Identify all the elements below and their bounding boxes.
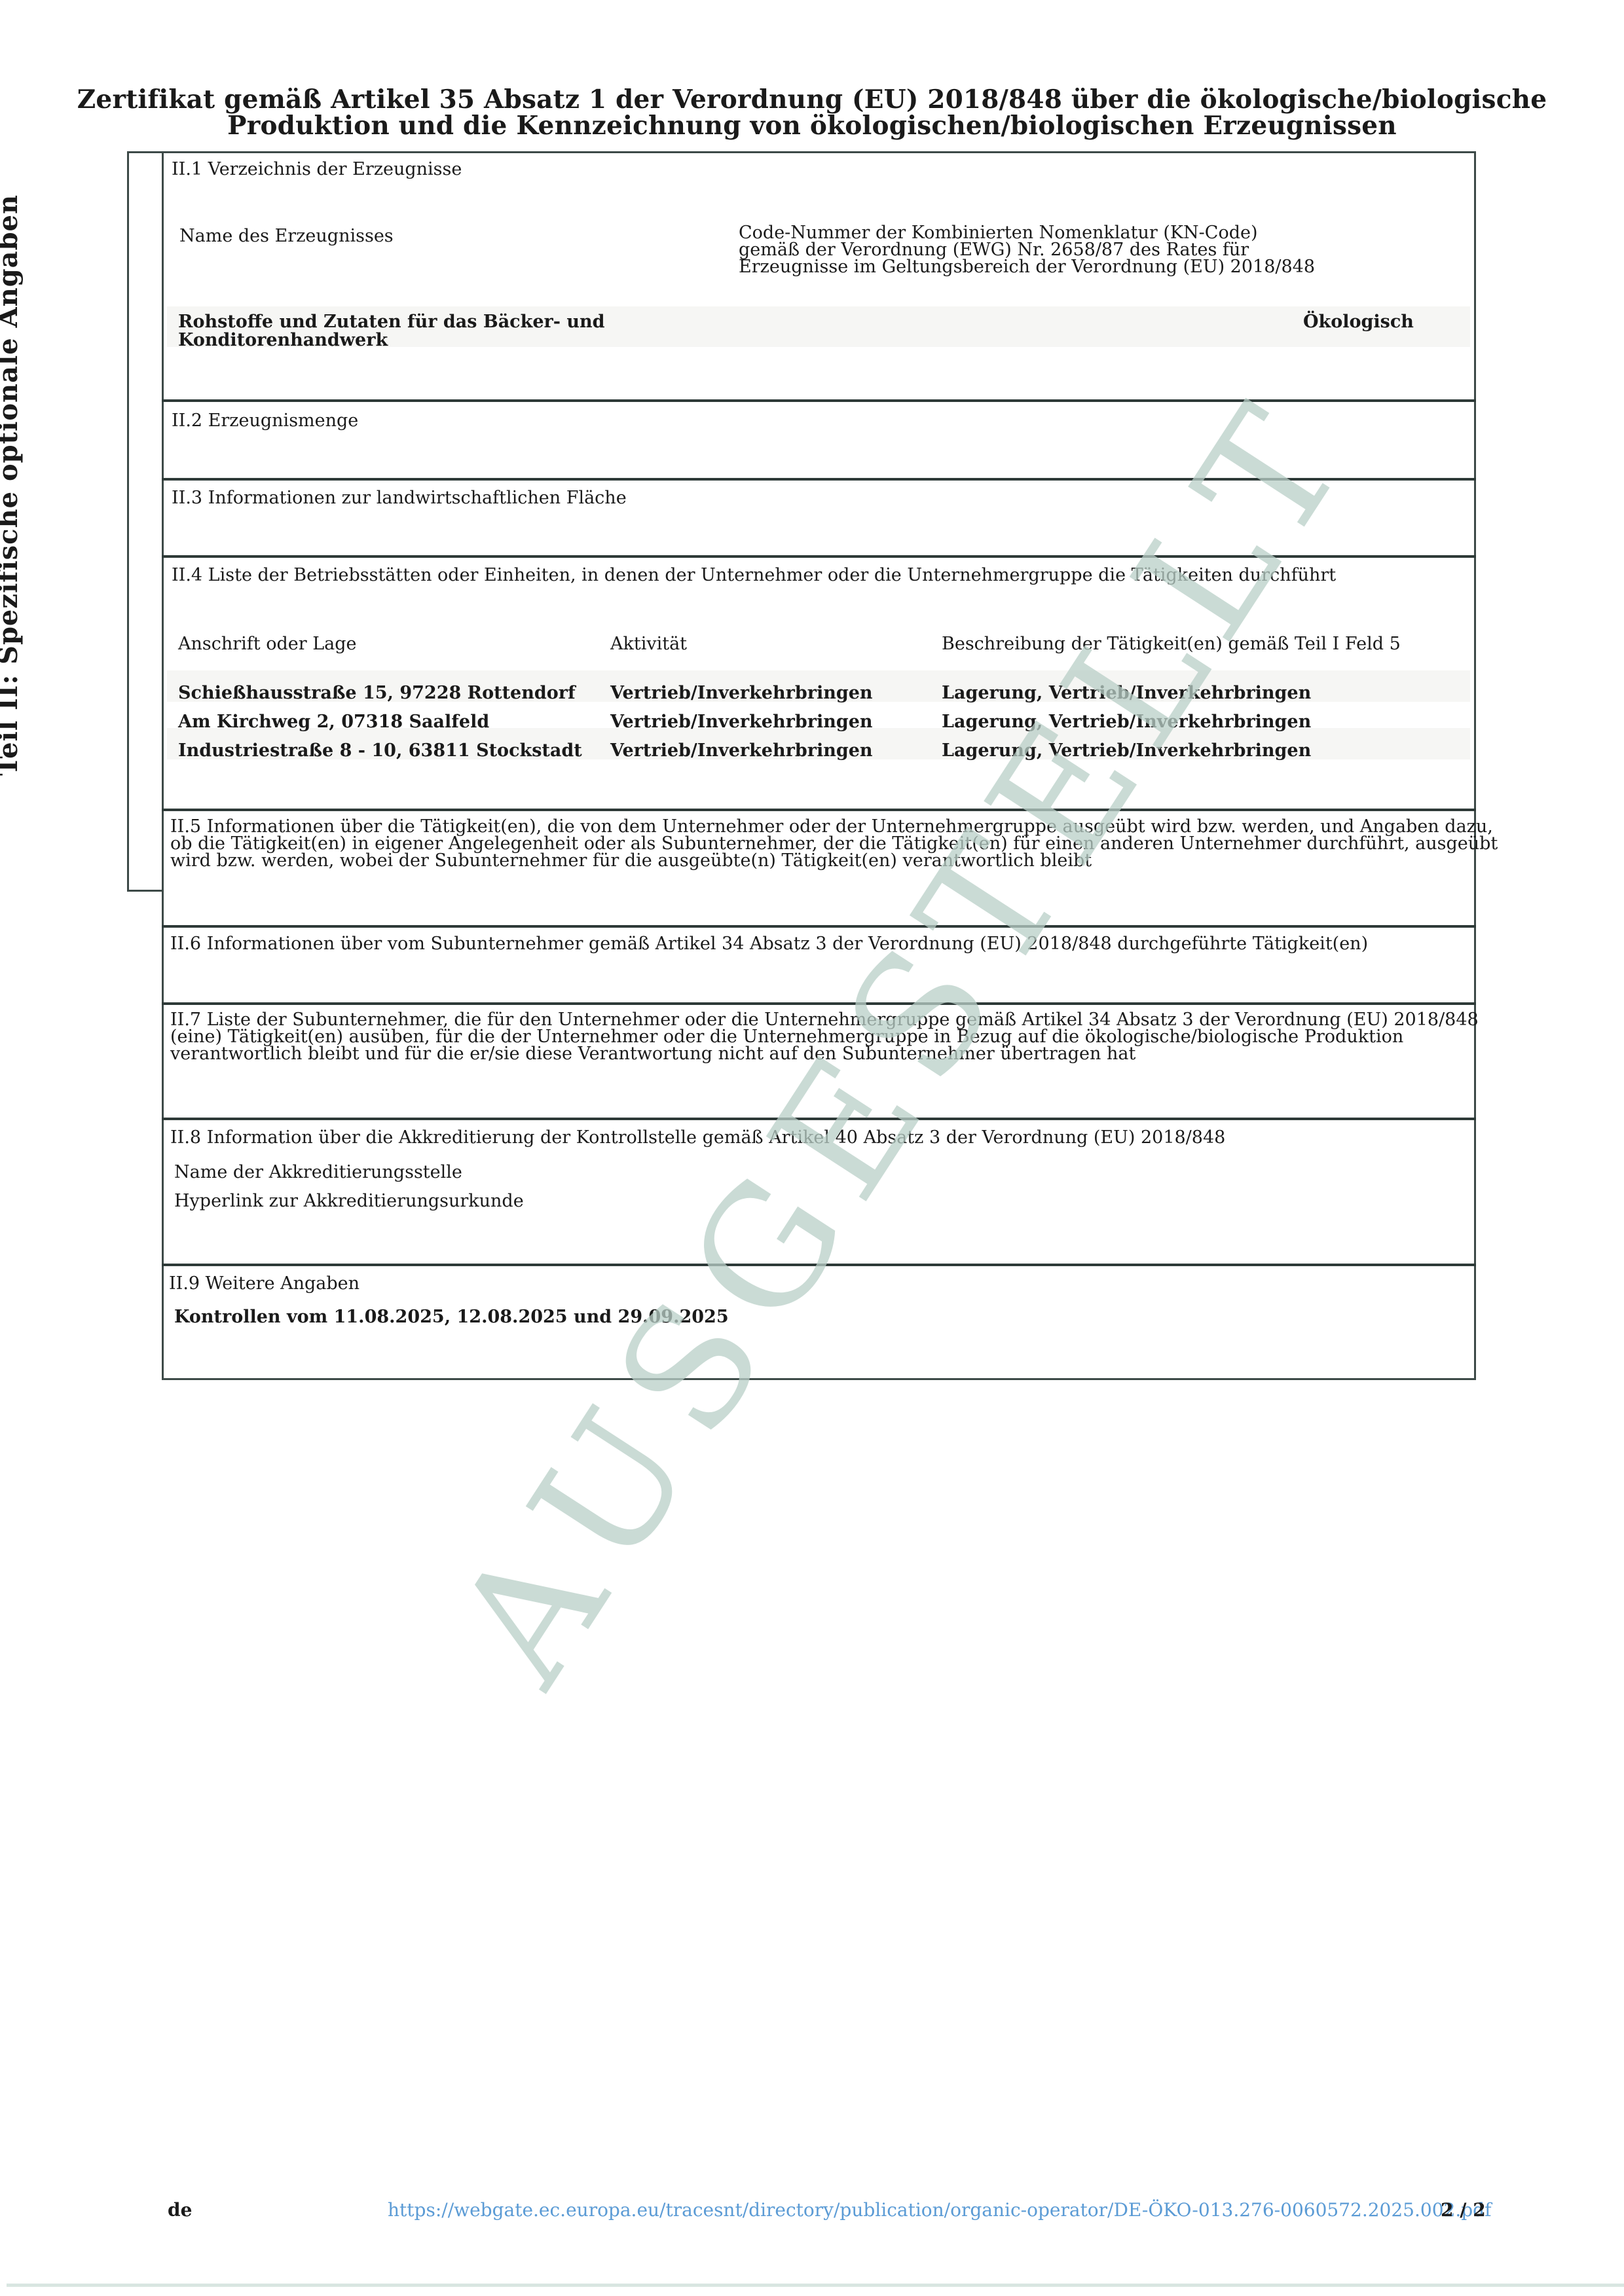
site-description: Lagerung, Vertrieb/Inverkehrbringen <box>942 741 1311 761</box>
part-sidebar <box>127 151 162 892</box>
site-description: Lagerung, Vertrieb/Inverkehrbringen <box>942 712 1311 732</box>
site-address: Am Kirchweg 2, 07318 Saalfeld <box>178 712 489 732</box>
section-2-3-heading: II.3 Informationen zur landwirtschaftlic… <box>172 488 627 508</box>
site-address: Industriestraße 8 - 10, 63811 Stockstadt <box>178 741 582 761</box>
section-2-8-heading: II.8 Information über die Akkreditierung… <box>170 1128 1225 1148</box>
certificate-title-line-1: Zertifikat gemäß Artikel 35 Absatz 1 der… <box>0 86 1624 113</box>
certificate-title-line-2: Produktion und die Kennzeichnung von öko… <box>0 113 1624 139</box>
product-name-header: Name des Erzeugnisses <box>179 227 394 246</box>
section-2-6-heading: II.6 Informationen über vom Subunternehm… <box>170 934 1368 954</box>
site-description: Lagerung, Vertrieb/Inverkehrbringen <box>942 683 1311 703</box>
site-activity: Vertrieb/Inverkehrbringen <box>610 741 873 761</box>
accreditation-link-label: Hyperlink zur Akkreditierungsurkunde <box>174 1192 524 1211</box>
page-number: 2 / 2 <box>1441 2200 1486 2221</box>
scan-artifact-line <box>7 2284 1624 2287</box>
section-divider <box>162 809 1476 811</box>
section-divider <box>162 925 1476 928</box>
site-activity: Vertrieb/Inverkehrbringen <box>610 683 873 703</box>
site-activity: Vertrieb/Inverkehrbringen <box>610 712 873 732</box>
section-divider <box>162 1118 1476 1120</box>
product-name-line: Rohstoffe und Zutaten für das Bäcker- un… <box>178 313 604 331</box>
section-2-7-heading-line: verantwortlich bleibt und für die er/sie… <box>170 1046 1135 1063</box>
accreditation-body-label: Name der Akkreditierungsstelle <box>174 1163 462 1182</box>
footer-language: de <box>168 2200 192 2221</box>
section-divider <box>162 399 1476 402</box>
sites-column-header: Beschreibung der Tätigkeit(en) gemäß Tei… <box>942 634 1401 654</box>
sidebar-label: Teil II: Spezifische optionale Angaben <box>0 194 26 776</box>
sites-column-header: Anschrift oder Lage <box>178 634 357 654</box>
section-divider <box>162 1264 1476 1266</box>
product-name-line: Konditorenhandwerk <box>178 331 388 350</box>
section-2-5-heading-line: wird bzw. werden, wobei der Subunternehm… <box>170 852 1092 869</box>
kn-code-header-line: Erzeugnisse im Geltungsbereich der Veror… <box>739 259 1315 276</box>
section-2-2-heading: II.2 Erzeugnismenge <box>172 411 358 431</box>
section-divider <box>162 1002 1476 1005</box>
section-2-9-heading: II.9 Weitere Angaben <box>169 1274 360 1294</box>
footer-url-link[interactable]: https://webgate.ec.europa.eu/tracesnt/di… <box>388 2200 1491 2221</box>
product-status: Ökologisch <box>1303 313 1414 331</box>
section-2-1-heading: II.1 Verzeichnis der Erzeugnisse <box>172 160 462 179</box>
sites-column-header: Aktivität <box>610 634 687 654</box>
site-address: Schießhausstraße 15, 97228 Rottendorf <box>178 683 576 703</box>
section-divider <box>162 478 1476 481</box>
further-info-value: Kontrollen vom 11.08.2025, 12.08.2025 un… <box>174 1307 729 1327</box>
section-divider <box>162 555 1476 558</box>
section-2-4-heading: II.4 Liste der Betriebsstätten oder Einh… <box>172 566 1336 585</box>
